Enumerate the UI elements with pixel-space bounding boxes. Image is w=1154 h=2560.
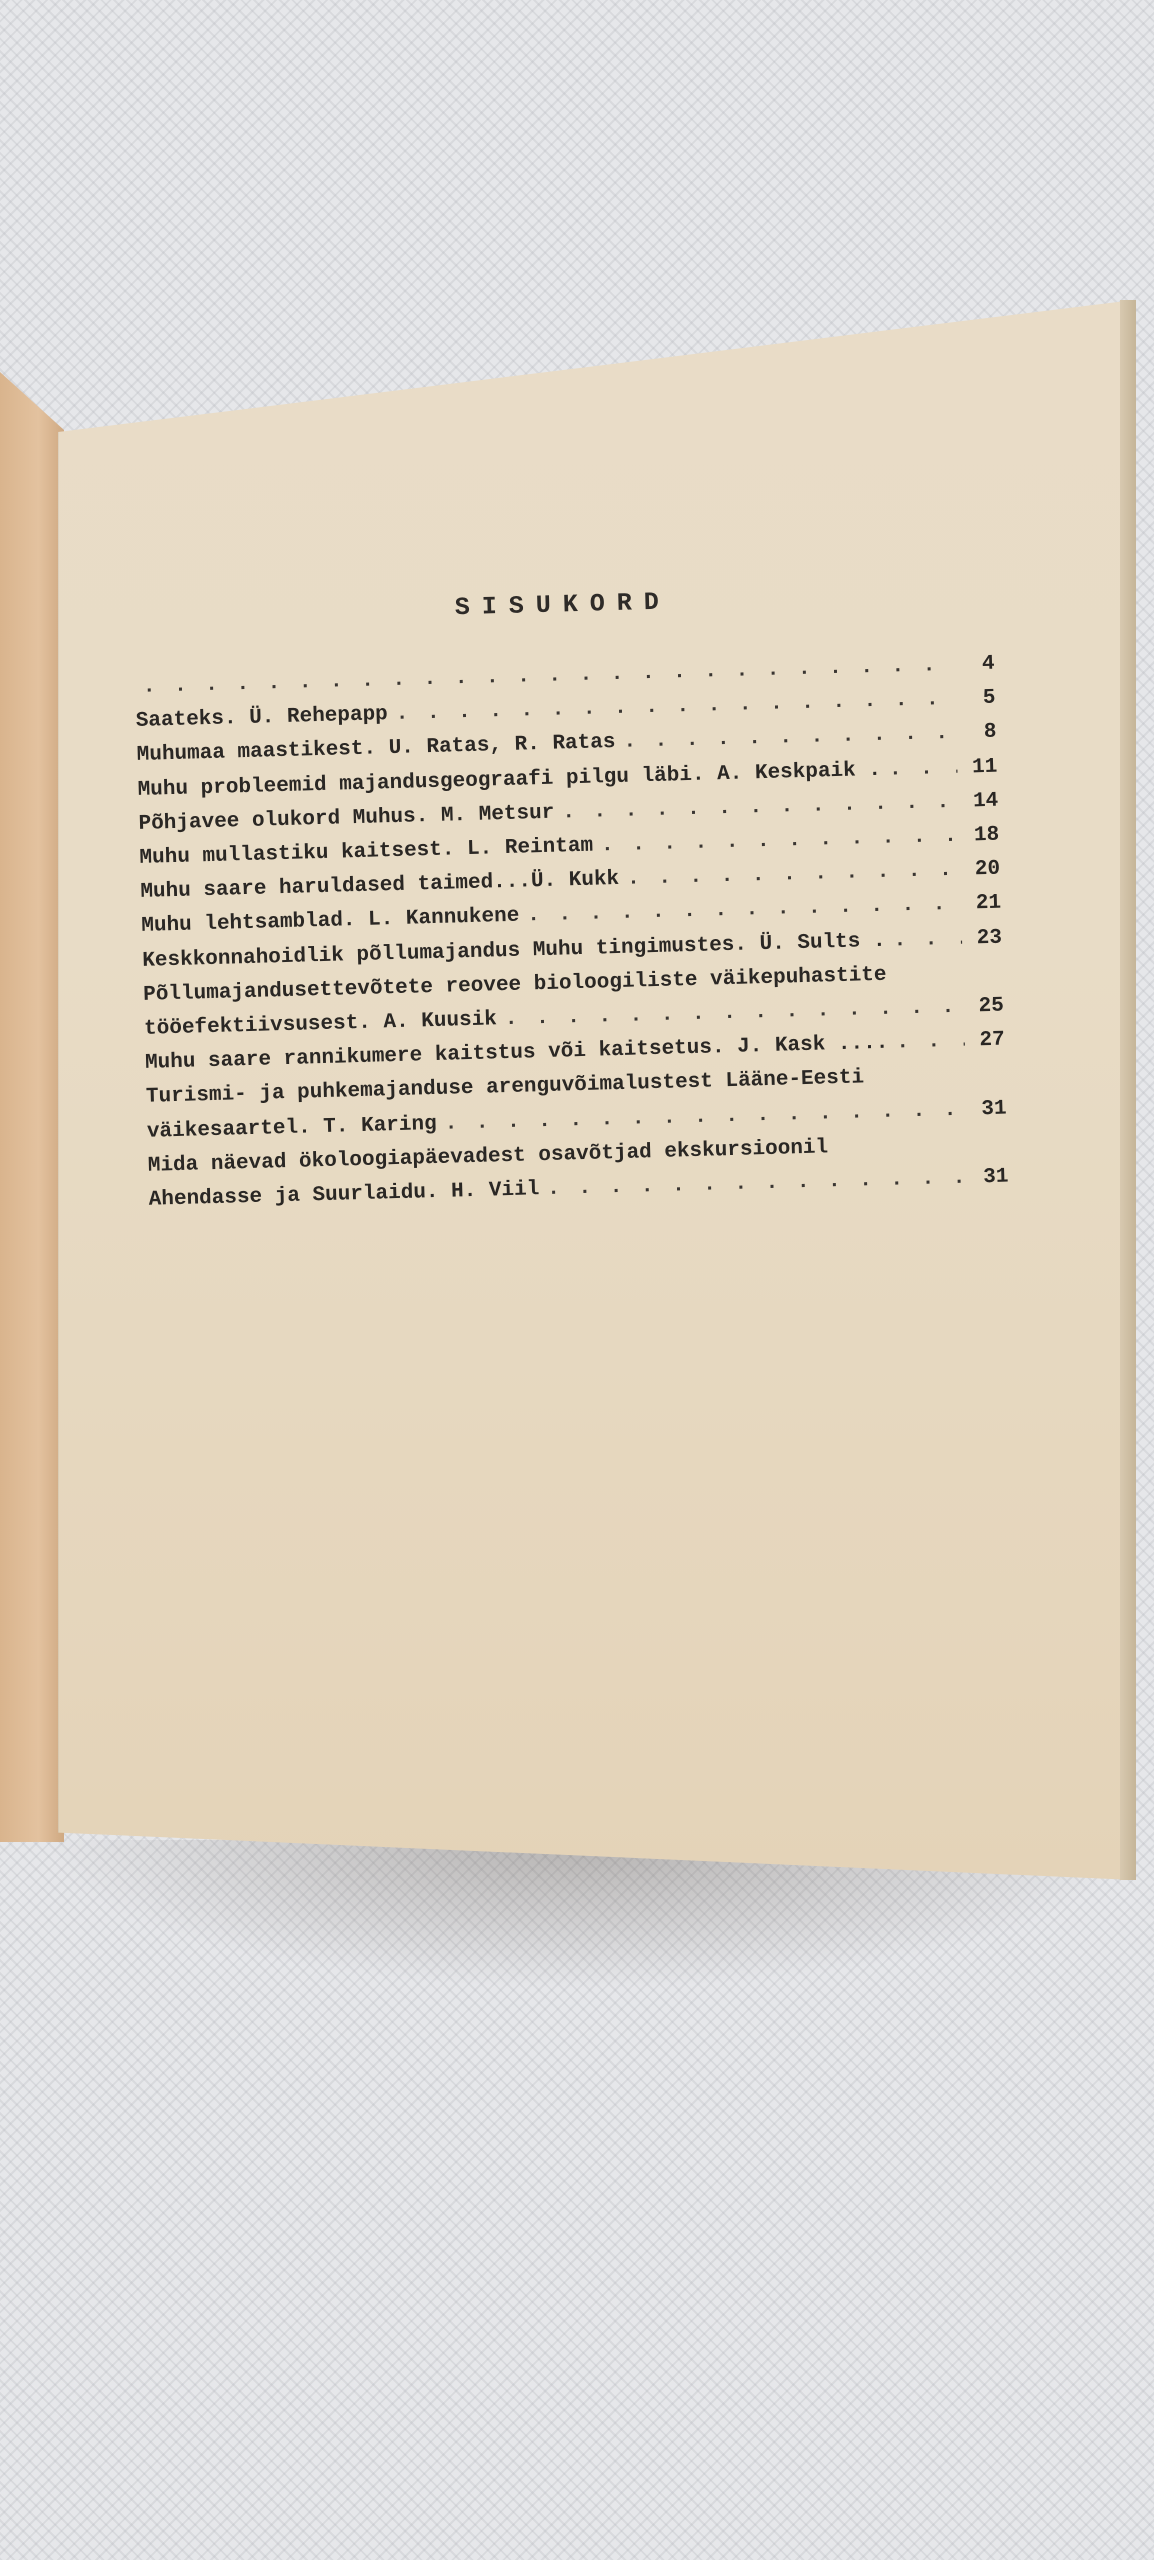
page-number: 18	[967, 819, 1000, 854]
page-number: 31	[974, 1092, 1007, 1127]
page-number: 31	[976, 1161, 1009, 1196]
previous-page-edge	[0, 372, 64, 1842]
page-number: 5	[963, 682, 996, 717]
dot-leader	[896, 1025, 965, 1061]
toc-list: 4Saateks. Ü. Rehepapp5Muhumaa maastikest…	[134, 648, 1008, 1218]
page-number: 21	[969, 887, 1002, 922]
page-number: 14	[966, 784, 999, 819]
page-number: 27	[972, 1024, 1005, 1059]
toc-heading: SISUKORD	[133, 579, 993, 631]
page-number: 25	[971, 990, 1004, 1025]
page-number: 20	[968, 853, 1001, 888]
dot-leader	[888, 751, 957, 787]
page-number: 4	[962, 648, 995, 683]
dot-leader	[893, 922, 962, 958]
table-of-contents: SISUKORD 4Saateks. Ü. Rehepapp5Muhumaa m…	[132, 557, 1009, 1218]
page-stack-edge	[1120, 300, 1136, 1880]
page-number: 11	[965, 750, 998, 785]
page-number: 23	[970, 921, 1003, 956]
page-number: 8	[964, 716, 997, 751]
